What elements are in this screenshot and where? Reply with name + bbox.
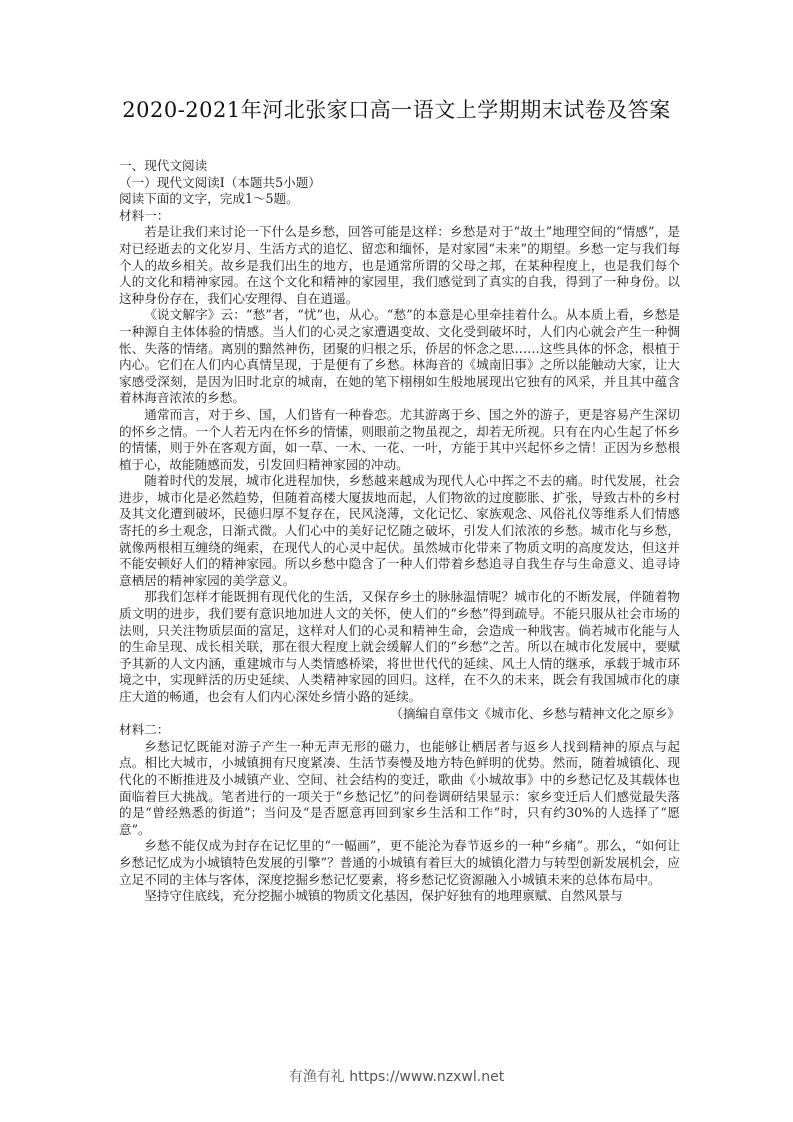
source-citation: （摘编自章伟文《城市化、乡愁与精神文化之原乡》: [119, 706, 680, 723]
paragraph: 通常而言，对于乡、国，人们皆有一种眷恋。尤其游离于乡、国之外的游子，更是容易产生…: [119, 407, 680, 473]
paragraph: 若是让我们来讨论一下什么是乡愁，回答可能是这样：乡愁是对于“故土”地理空间的“情…: [119, 224, 680, 307]
subsection-heading: （一）现代文阅读Ⅰ（本题共5小题）: [119, 175, 680, 192]
material-one-label: 材料一：: [119, 208, 680, 225]
paragraph: 乡愁不能仅成为封存在记忆里的“一幅画”，更不能沦为春节返乡的一种“乡痛”。那么，…: [119, 838, 680, 888]
section-heading: 一、现代文阅读: [119, 158, 680, 175]
document-body: 一、现代文阅读 （一）现代文阅读Ⅰ（本题共5小题） 阅读下面的文字，完成1～5题…: [119, 158, 680, 905]
footer-watermark: 有渔有礼 https://www.nzxwl.net: [0, 1066, 793, 1086]
paragraph: 坚持守住底线，充分挖掘小城镇的物质文化基因，保护好独有的地理禀赋、自然风景与: [119, 888, 680, 905]
paragraph: 随着时代的发展，城市化进程加快，乡愁越来越成为现代人心中挥之不去的痛。时代发展，…: [119, 473, 680, 589]
paragraph: 那我们怎样才能既拥有现代化的生活，又保存乡土的脉脉温情呢？城市化的不断发展，伴随…: [119, 589, 680, 705]
document-title: 2020-2021年河北张家口高一语文上学期期末试卷及答案: [0, 94, 793, 124]
paragraph: 《说文解字》云：“愁”者，“忧”也，从心。“愁”的本意是心里牵挂着什么。从本质上…: [119, 307, 680, 407]
paragraph: 乡愁记忆既能对游子产生一种无声无形的磁力，也能够让栖居者与返乡人找到精神的原点与…: [119, 739, 680, 839]
material-two-label: 材料二：: [119, 722, 680, 739]
instruction-text: 阅读下面的文字，完成1～5题。: [119, 191, 680, 208]
